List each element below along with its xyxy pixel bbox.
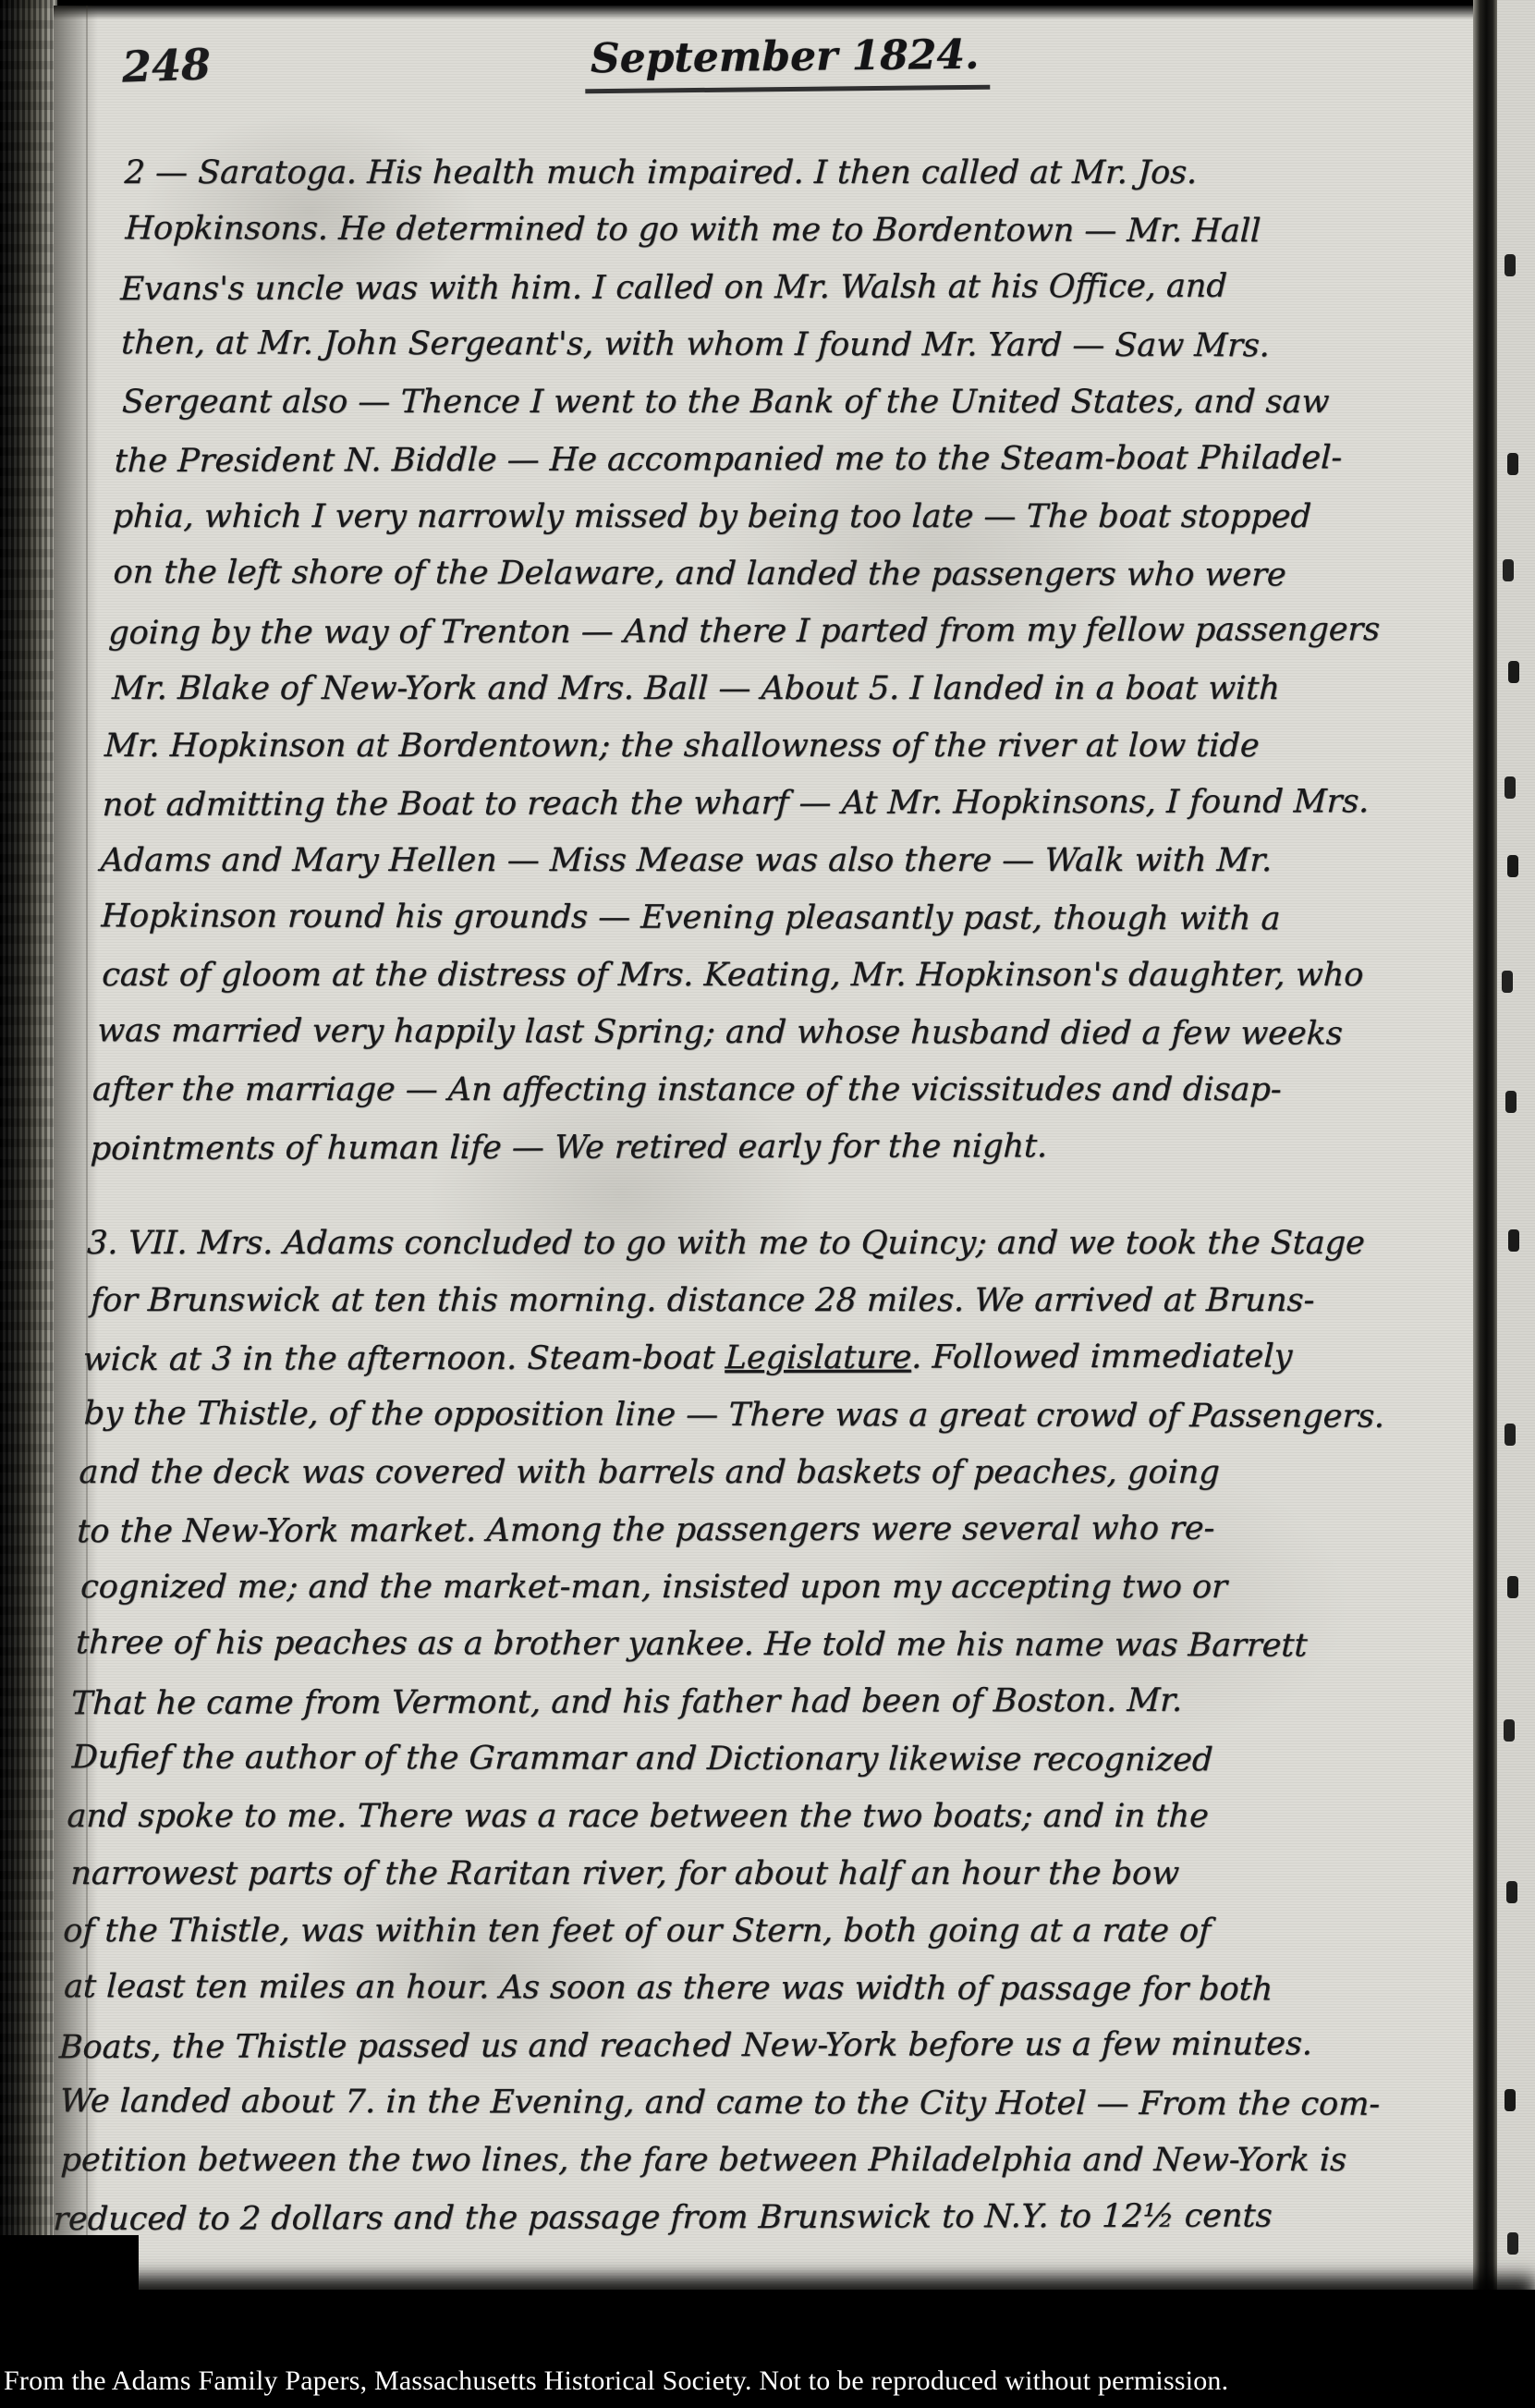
manuscript-line: at least ten miles an hour. As soon as t… [63, 1958, 1440, 2019]
edge-ink-fragments [1497, 0, 1535, 2408]
manuscript-line: pointments of human life — We retired ea… [90, 1117, 1467, 1178]
manuscript-line: not admitting the Boat to reach the whar… [102, 773, 1479, 834]
manuscript-line: the President N. Biddle — He accompanied… [114, 429, 1491, 490]
manuscript-line: by the Thistle, of the opposition line —… [83, 1385, 1460, 1446]
manuscript-line: of the Thistle, was within ten feet of o… [62, 1902, 1439, 1960]
manuscript-line: wick at 3 in the afternoon. Steam-boat L… [82, 1327, 1459, 1388]
page-number: 248 [121, 39, 212, 92]
manuscript-scan: 248 September 1824. 2 — Saratoga. His he… [0, 0, 1535, 2408]
manuscript-line: phia, which I very narrowly missed by be… [112, 488, 1489, 545]
manuscript-line: Sergeant also — Thence I went to the Ban… [121, 373, 1498, 431]
manuscript-line: reduced to 2 dollars and the passage fro… [52, 2187, 1429, 2248]
manuscript-line: going by the way of Trenton — And there … [107, 601, 1484, 662]
page-gutter-shadow [1473, 0, 1497, 2408]
manuscript-line: That he came from Vermont, and his fathe… [70, 1671, 1447, 1732]
manuscript-line: cognized me; and the market-man, insiste… [79, 1558, 1456, 1616]
manuscript-line: Mr. Blake of New-York and Mrs. Ball — Ab… [111, 660, 1488, 717]
caption-text: From the Adams Family Papers, Massachuse… [4, 2365, 1228, 2397]
manuscript-line: petition between the two lines, the fare… [59, 2132, 1436, 2189]
book-binding-edge [0, 0, 57, 2408]
manuscript-line: Adams and Mary Hellen — Miss Mease was a… [100, 832, 1477, 889]
manuscript-line: We landed about 7. in the Evening, and c… [59, 2072, 1436, 2133]
manuscript-line: 3. VII. Mrs. Adams concluded to go with … [86, 1215, 1463, 1272]
date-header: September 1824. [585, 31, 991, 94]
manuscript-line: for Brunswick at ten this morning. dista… [90, 1272, 1467, 1329]
manuscript-line: 2 — Saratoga. His health much impaired. … [124, 144, 1501, 202]
manuscript-body: 2 — Saratoga. His health much impaired. … [52, 144, 1500, 2246]
manuscript-line: then, at Mr. John Sergeant's, with whom … [120, 314, 1497, 375]
manuscript-line: and the deck was covered with barrels an… [78, 1444, 1455, 1501]
manuscript-line: to the New-York market. Among the passen… [76, 1499, 1453, 1560]
manuscript-line: narrowest parts of the Raritan river, fo… [69, 1845, 1446, 1902]
caption-band: From the Adams Family Papers, Massachuse… [0, 2290, 1535, 2408]
facing-page-sliver [1497, 0, 1535, 2408]
manuscript-line: Mr. Hopkinson at Bordentown; the shallow… [104, 717, 1480, 775]
manuscript-line: cast of gloom at the distress of Mrs. Ke… [101, 947, 1478, 1004]
manuscript-line: Hopkinson round his grounds — Evening pl… [100, 887, 1477, 948]
manuscript-line: Hopkinsons. He determined to go with me … [124, 200, 1501, 261]
manuscript-line: Evans's uncle was with him. I called on … [119, 257, 1496, 318]
underlined-word: Legislature [725, 1339, 912, 1377]
manuscript-line: was married very happily last Spring; an… [96, 1002, 1473, 1063]
manuscript-line: on the left shore of the Delaware, and l… [112, 544, 1489, 605]
manuscript-line: Dufief the author of the Grammar and Dic… [71, 1729, 1448, 1790]
manuscript-line: and spoke to me. There was a race betwee… [66, 1788, 1443, 1845]
manuscript-line: three of his peaches as a brother yankee… [75, 1614, 1452, 1675]
manuscript-line: Boats, the Thistle passed us and reached… [58, 2015, 1435, 2076]
manuscript-page: 248 September 1824. 2 — Saratoga. His he… [54, 6, 1474, 2291]
manuscript-line: after the marriage — An affecting instan… [91, 1061, 1468, 1118]
margin-rule-line [86, 6, 88, 2291]
